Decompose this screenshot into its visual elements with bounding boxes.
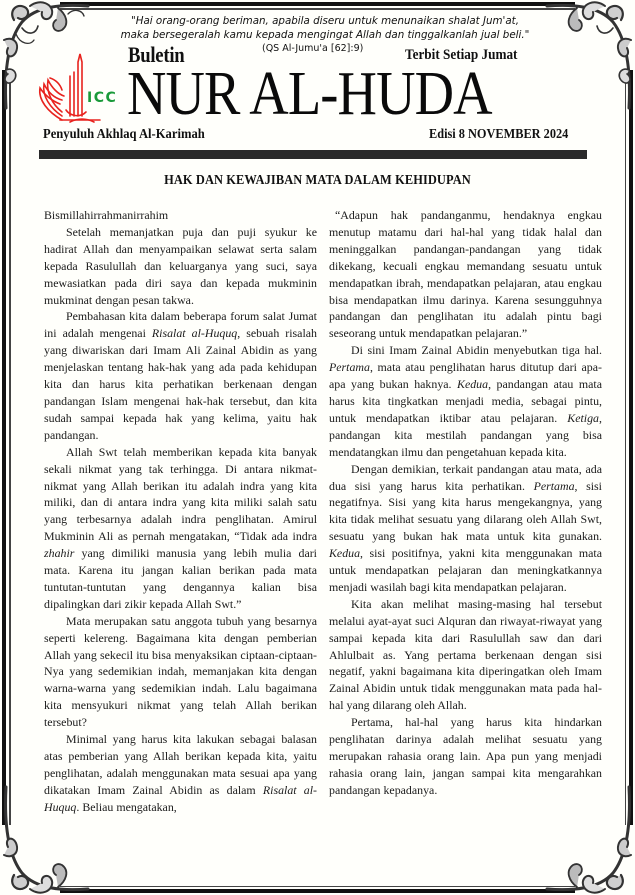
verse-reference: (QS Al-Jumu'a [62]:9) [262, 43, 363, 54]
paragraph: Minimal yang harus kita lakukan sebagai … [44, 731, 317, 816]
verse-line-1: "Hai orang-orang beriman, apabila diseru… [95, 14, 555, 28]
paragraph: Mata merupakan satu anggota tubuh yang b… [44, 613, 317, 731]
frame-border-left-inner [9, 70, 11, 825]
book-title: Risalat al-Huquq [152, 326, 237, 340]
verse-line-2: maka bersegeralah kamu kepada mengingat … [95, 28, 555, 42]
paragraph: Pembahasan kita dalam beberapa forum sal… [44, 308, 317, 443]
paragraph: Setelah memanjatkan puja dan puji syukur… [44, 224, 317, 309]
paragraph: Dengan demikian, terkait pandangan atau … [329, 461, 602, 596]
quoted-paragraph: “Adapun hak pandanganmu, hendaknya engka… [329, 207, 602, 342]
masthead-title: NUR AL-HUDA [127, 63, 492, 125]
frame-border-left [2, 70, 6, 825]
frame-border-right-inner [625, 70, 627, 825]
frame-border-bottom-inner [60, 886, 575, 888]
edition-date: Edisi 8 NOVEMBER 2024 [429, 127, 568, 143]
frame-border-top-inner [60, 8, 575, 10]
article-column-right: “Adapun hak pandanganmu, hendaknya engka… [329, 207, 602, 799]
frame-border-top [60, 2, 575, 6]
svg-text:ICC: ICC [87, 90, 117, 106]
article-column-left: Bismillahirrahmanirrahim Setelah memanja… [44, 207, 317, 816]
ornament-corner-icon [545, 0, 635, 110]
icc-logo-icon: ICC [30, 50, 128, 124]
paragraph: Di sini Imam Zainal Abidin menyebutkan t… [329, 342, 602, 460]
tagline: Penyuluh Akhlaq Al-Karimah [43, 127, 205, 143]
paragraph: Pertama, hal-hal yang harus kita hindark… [329, 714, 602, 799]
ornament-corner-icon [545, 785, 635, 895]
paragraph: Kita akan melihat masing-masing hal ters… [329, 596, 602, 714]
article-title: HAK DAN KEWAJIBAN MATA DALAM KEHIDUPAN [25, 172, 609, 188]
quran-verse: "Hai orang-orang beriman, apabila diseru… [95, 14, 555, 42]
frame-border-bottom [60, 889, 575, 893]
paragraph: Allah Swt telah memberikan kepada kita b… [44, 444, 317, 613]
header-divider-bar [39, 150, 587, 159]
frame-border-right [629, 70, 633, 825]
italic-term: zhahir [44, 546, 74, 560]
opening-basmalah: Bismillahirrahmanirrahim [44, 207, 317, 224]
